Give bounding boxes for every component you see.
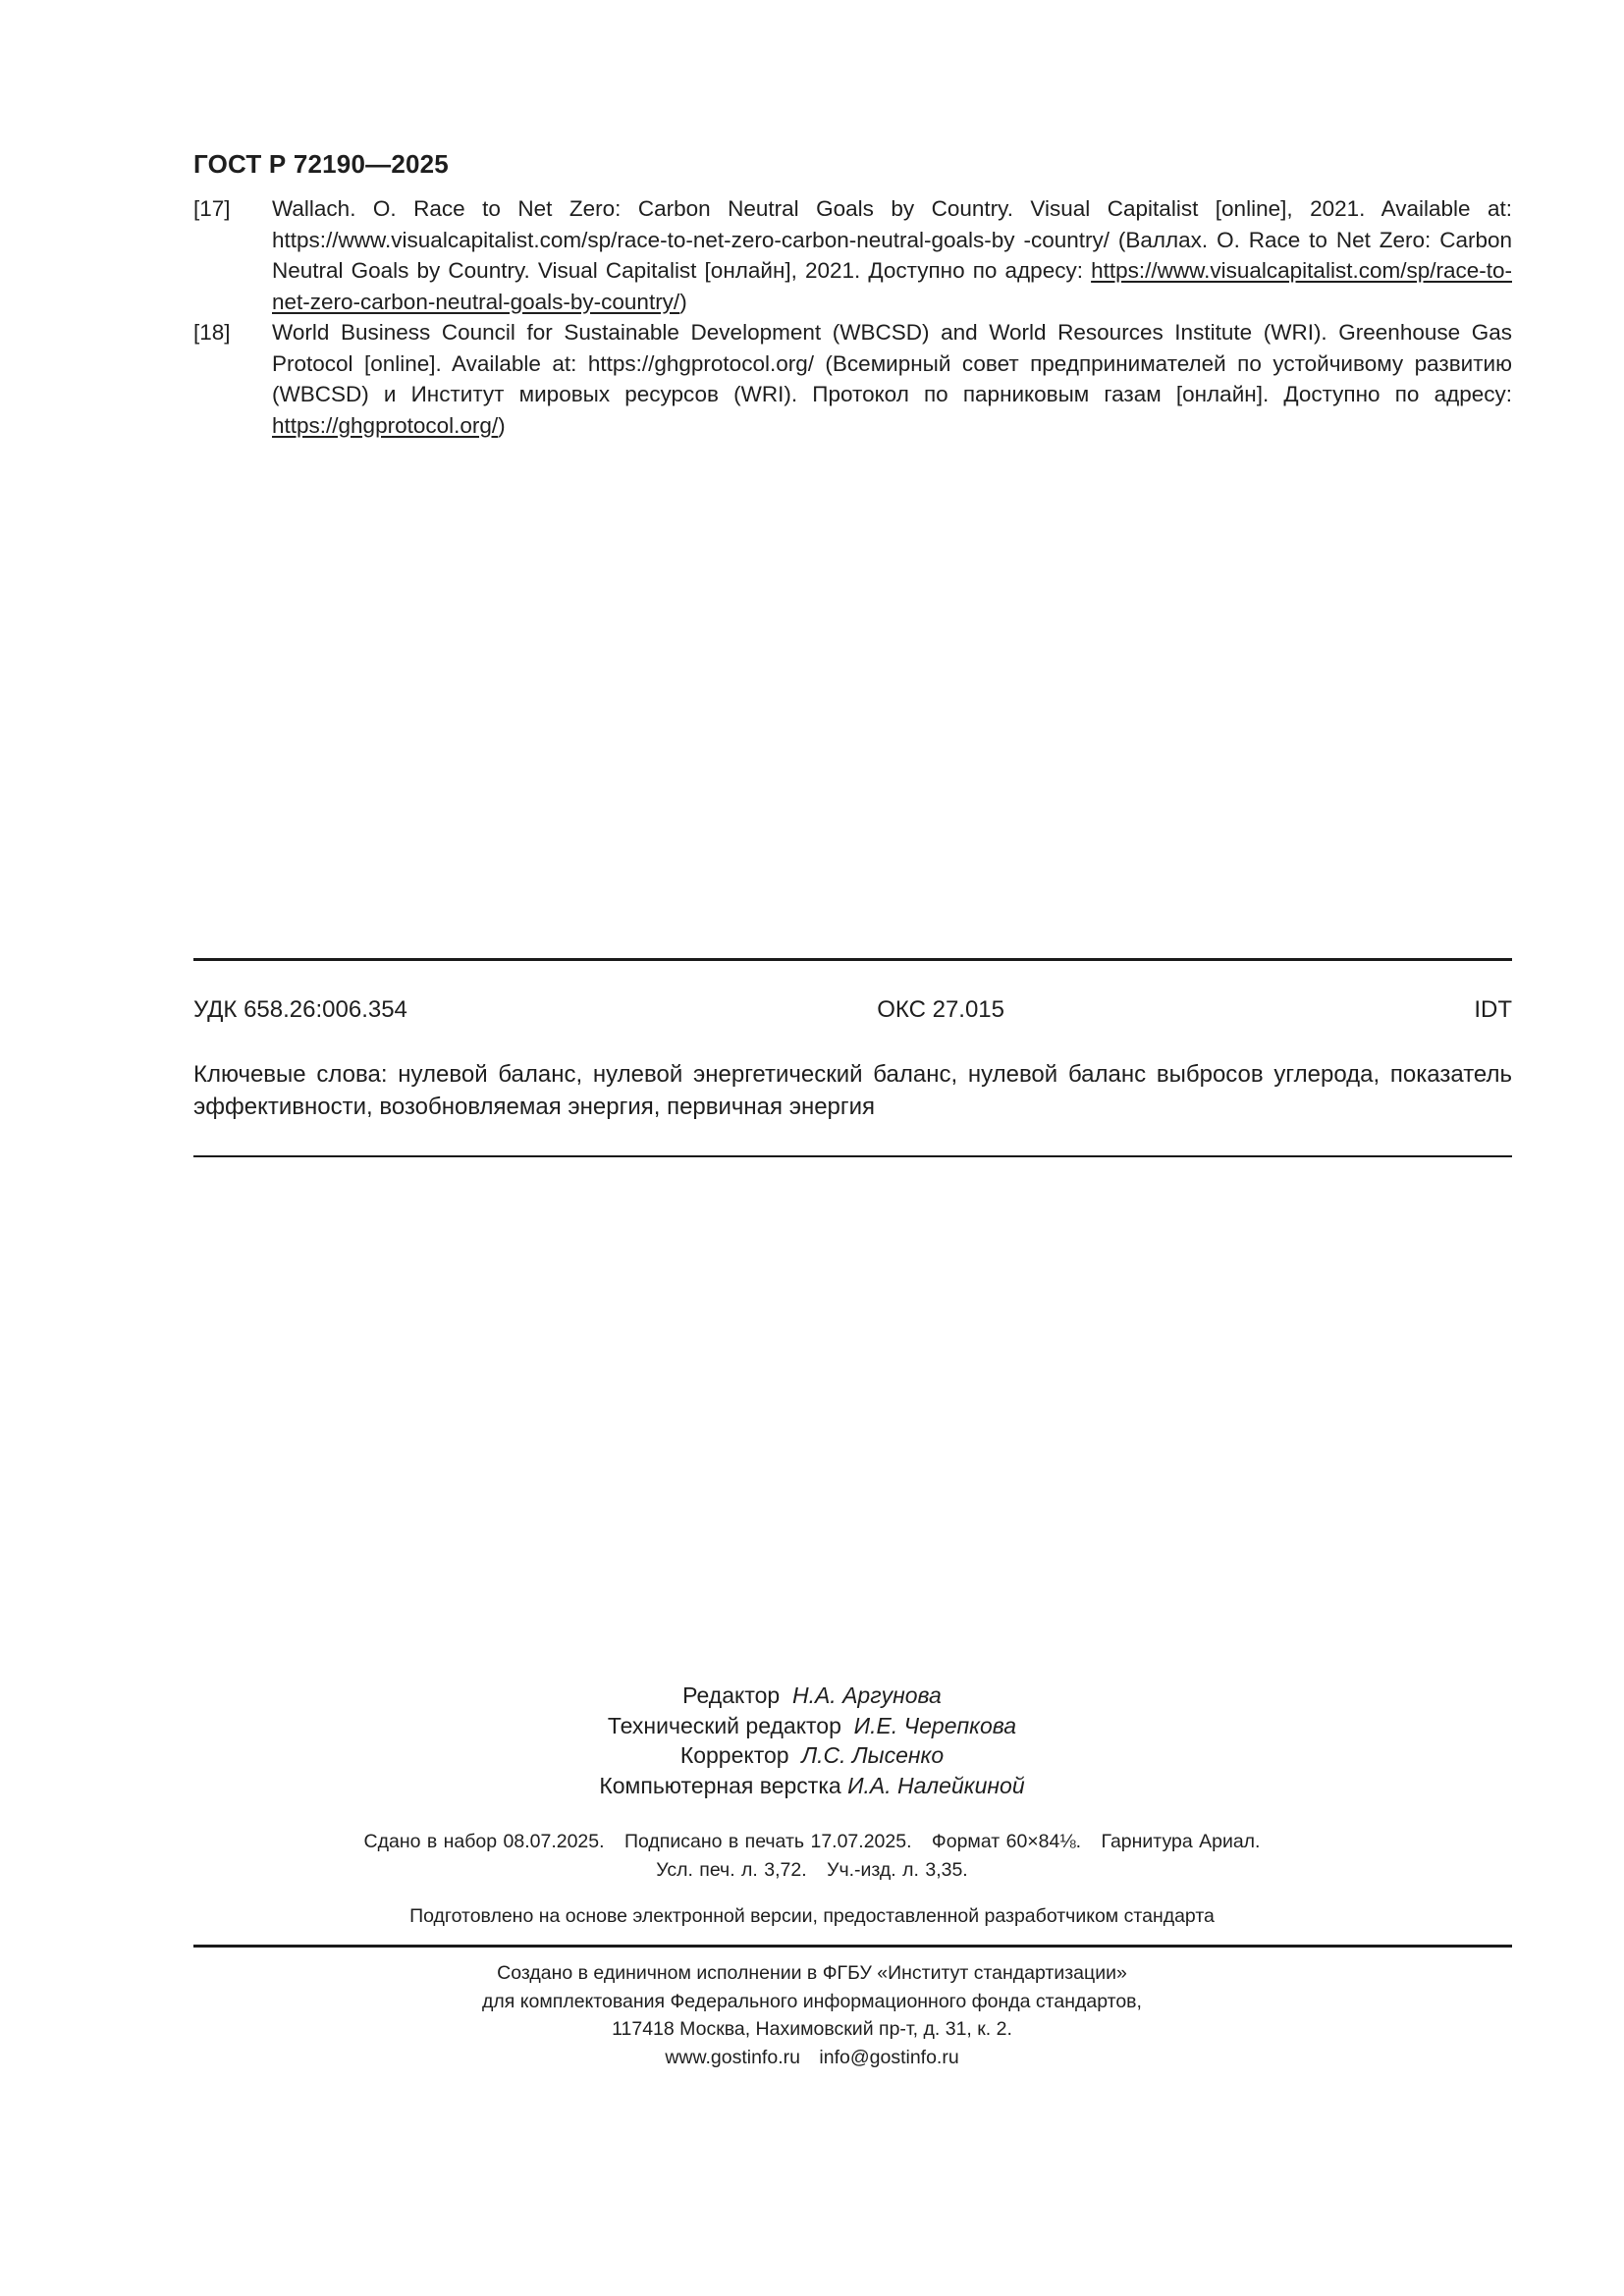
divider-bottom xyxy=(193,1945,1512,1948)
credit-line: Редактор Н.А. Аргунова xyxy=(0,1681,1624,1711)
typeface: Гарнитура Ариал. xyxy=(1101,1831,1260,1852)
publisher-contacts: www.gostinfo.ru info@gostinfo.ru xyxy=(0,2044,1624,2072)
credit-role: Редактор xyxy=(682,1682,780,1708)
credit-role: Компьютерная верстка xyxy=(599,1773,840,1798)
reference-text-body: World Business Council for Sustainable D… xyxy=(272,320,1512,406)
credit-name: Л.С. Лысенко xyxy=(801,1742,944,1768)
reference-link[interactable]: https://ghgprotocol.org/ xyxy=(272,413,498,438)
bibliography-list: [17] Wallach. O. Race to Net Zero: Carbo… xyxy=(193,193,1512,441)
reference-text-tail: ) xyxy=(679,290,687,314)
credit-name: И.А. Налейкиной xyxy=(847,1773,1025,1798)
website-link[interactable]: www.gostinfo.ru xyxy=(665,2047,800,2068)
print-sheets: Усл. печ. л. 3,72. xyxy=(656,1859,806,1881)
credit-line: Корректор Л.С. Лысенко xyxy=(0,1740,1624,1771)
print-info-line-1: Сдано в набор 08.07.2025. Подписано в пе… xyxy=(0,1828,1624,1856)
reference-text: World Business Council for Sustainable D… xyxy=(272,317,1512,441)
credit-name: И.Е. Черепкова xyxy=(854,1713,1016,1738)
reference-number: [18] xyxy=(193,317,272,441)
credit-name: Н.А. Аргунова xyxy=(792,1682,942,1708)
publisher-line: для комплектования Федерального информац… xyxy=(0,1988,1624,2016)
divider-top xyxy=(193,958,1512,961)
reference-number: [17] xyxy=(193,193,272,317)
email-link[interactable]: info@gostinfo.ru xyxy=(819,2047,958,2068)
keywords: Ключевые слова: нулевой баланс, нулевой … xyxy=(193,1058,1512,1123)
divider-keywords xyxy=(193,1155,1512,1157)
reference-item: [17] Wallach. O. Race to Net Zero: Carbo… xyxy=(193,193,1512,317)
equivalence-code: IDT xyxy=(1474,996,1512,1024)
typeset-date: Сдано в набор 08.07.2025. xyxy=(364,1831,605,1852)
publisher-line: Создано в единичном исполнении в ФГБУ «И… xyxy=(0,1959,1624,1988)
classification-row: УДК 658.26:006.354 ОКС 27.015 IDT xyxy=(193,996,1512,1024)
signed-date: Подписано в печать 17.07.2025. xyxy=(624,1831,912,1852)
document-header: ГОСТ Р 72190—2025 xyxy=(193,149,449,180)
credit-line: Компьютерная верстка И.А. Налейкиной xyxy=(0,1771,1624,1801)
reference-text-tail: ) xyxy=(498,413,506,438)
publisher-address: 117418 Москва, Нахимовский пр-т, д. 31, … xyxy=(0,2015,1624,2044)
credit-role: Корректор xyxy=(680,1742,789,1768)
print-info-line-2: Усл. печ. л. 3,72. Уч.-изд. л. 3,35. xyxy=(0,1856,1624,1885)
credit-role: Технический редактор xyxy=(608,1713,841,1738)
print-info: Сдано в набор 08.07.2025. Подписано в пе… xyxy=(0,1828,1624,1885)
publishing-sheets: Уч.-изд. л. 3,35. xyxy=(827,1859,968,1881)
paper-format: Формат 60×84⅛. xyxy=(932,1831,1081,1852)
prepared-note: Подготовлено на основе электронной верси… xyxy=(0,1905,1624,1928)
credits-block: Редактор Н.А. Аргунова Технический редак… xyxy=(0,1681,1624,1800)
udk-code: УДК 658.26:006.354 xyxy=(193,996,407,1024)
reference-text: Wallach. O. Race to Net Zero: Carbon Neu… xyxy=(272,193,1512,317)
publisher-block: Создано в единичном исполнении в ФГБУ «И… xyxy=(0,1959,1624,2071)
oks-code: ОКС 27.015 xyxy=(877,996,1004,1024)
reference-item: [18] World Business Council for Sustaina… xyxy=(193,317,1512,441)
credit-line: Технический редактор И.Е. Черепкова xyxy=(0,1711,1624,1741)
